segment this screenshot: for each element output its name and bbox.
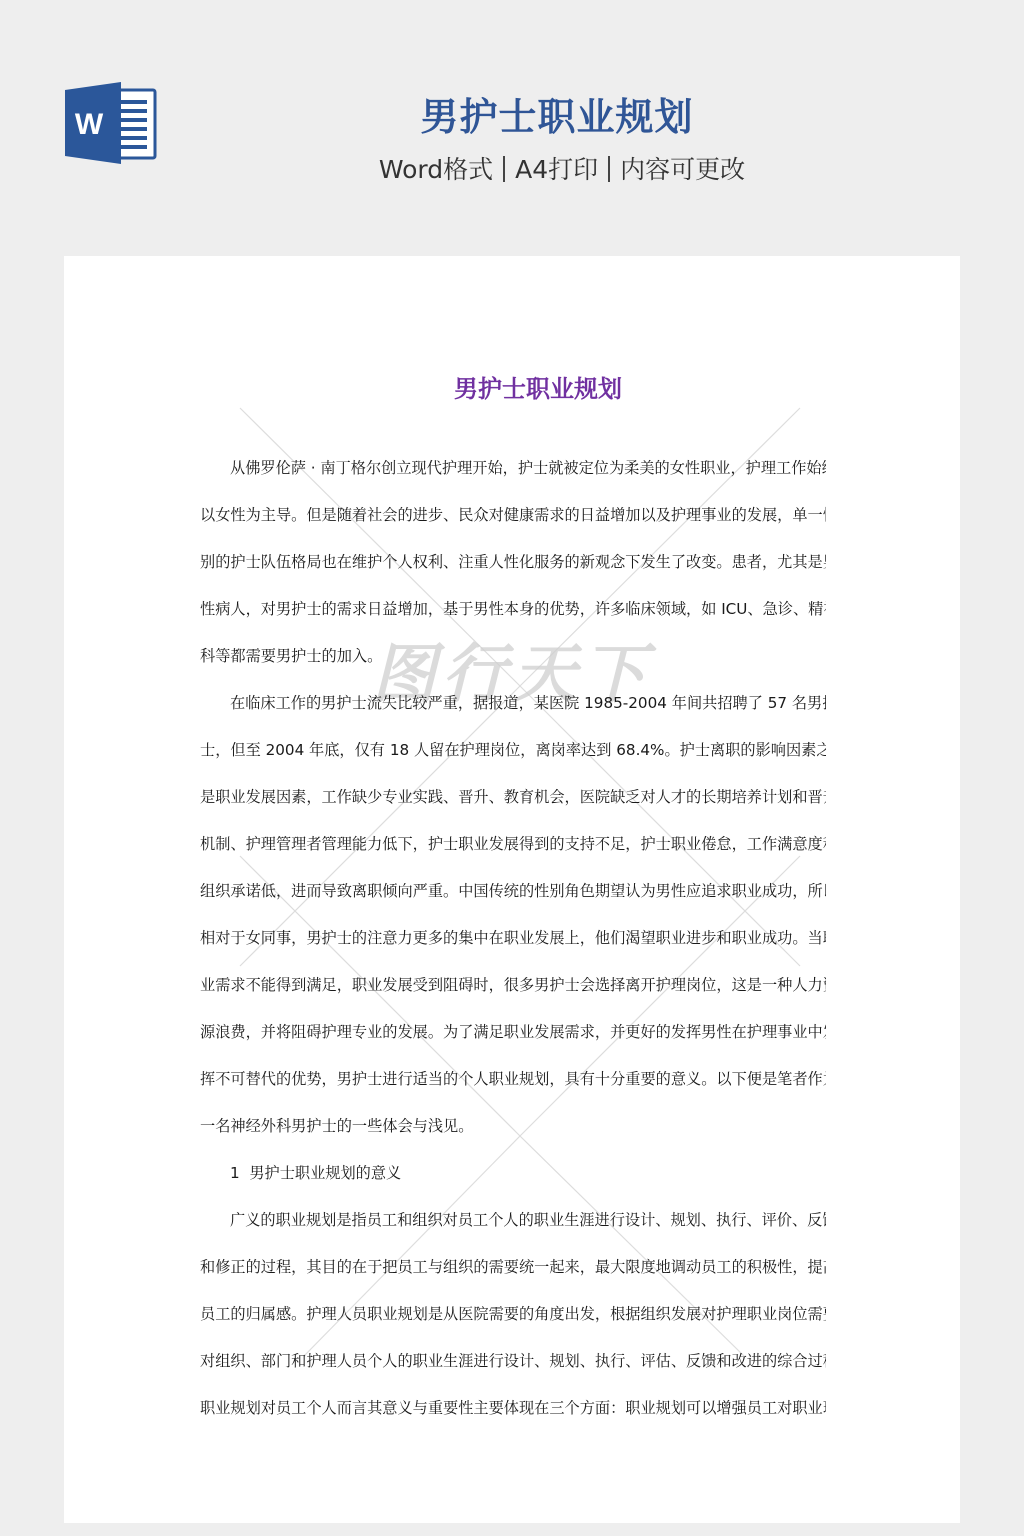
text-line: 对组织、部门和护理人员个人的职业生涯进行设计、规划、执行、评估、反馈和改进的综合… xyxy=(200,1338,826,1385)
paragraph-attrition: 在临床工作的男护士流失比较严重，据报道，某医院 1985-2004 年间共招聘了… xyxy=(200,680,826,1150)
document-title: 男护士职业规划 xyxy=(64,369,960,409)
document-page: 图行天下 男护士职业规划 从佛罗伦萨 · 南丁格尔创立现代护理开始，护士就被定位… xyxy=(64,256,960,1523)
subtitle-editable: 内容可更改 xyxy=(620,155,745,184)
heading-text: 1 男护士职业规划的意义 xyxy=(200,1150,826,1197)
text-line: 在临床工作的男护士流失比较严重，据报道，某医院 1985-2004 年间共招聘了… xyxy=(200,680,826,727)
text-line: 士，但至 2004 年底，仅有 18 人留在护理岗位，离岗率达到 68.4%。护… xyxy=(200,727,826,774)
paragraph-intro: 从佛罗伦萨 · 南丁格尔创立现代护理开始，护士就被定位为柔美的女性职业，护理工作… xyxy=(200,445,826,680)
text-line: 从佛罗伦萨 · 南丁格尔创立现代护理开始，护士就被定位为柔美的女性职业，护理工作… xyxy=(200,445,826,492)
text-line: 挥不可替代的优势，男护士进行适当的个人职业规划，具有十分重要的意义。以下便是笔者… xyxy=(200,1056,826,1103)
separator xyxy=(608,156,610,182)
text-line: 职业规划对员工个人而言其意义与重要性主要体现在三个方面：职业规划可以增强员工对职… xyxy=(200,1385,826,1432)
document-body: 从佛罗伦萨 · 南丁格尔创立现代护理开始，护士就被定位为柔美的女性职业，护理工作… xyxy=(200,445,826,1432)
subtitle-format: Word格式 xyxy=(379,155,493,184)
text-line: 一名神经外科男护士的一些体会与浅见。 xyxy=(200,1103,826,1150)
text-line: 组织承诺低，进而导致离职倾向严重。中国传统的性别角色期望认为男性应追求职业成功，… xyxy=(200,868,826,915)
text-line: 广义的职业规划是指员工和组织对员工个人的职业生涯进行设计、规划、执行、评价、反馈 xyxy=(200,1197,826,1244)
text-line: 是职业发展因素，工作缺少专业实践、晋升、教育机会，医院缺乏对人才的长期培养计划和… xyxy=(200,774,826,821)
text-line: 科等都需要男护士的加入。 xyxy=(200,633,826,680)
banner-header: W 男护士职业规划 Word格式A4打印内容可更改 xyxy=(0,0,1024,256)
text-line: 相对于女同事，男护士的注意力更多的集中在职业发展上，他们渴望职业进步和职业成功。… xyxy=(200,915,826,962)
text-line: 机制、护理管理者管理能力低下，护士职业发展得到的支持不足，护士职业倦怠，工作满意… xyxy=(200,821,826,868)
banner-title: 男护士职业规划 xyxy=(0,92,1024,142)
subtitle-print: A4打印 xyxy=(515,155,598,184)
text-line: 业需求不能得到满足，职业发展受到阻碍时，很多男护士会选择离开护理岗位，这是一种人… xyxy=(200,962,826,1009)
separator xyxy=(503,156,505,182)
section-heading: 1 男护士职业规划的意义 xyxy=(200,1150,826,1197)
paragraph-significance: 广义的职业规划是指员工和组织对员工个人的职业生涯进行设计、规划、执行、评价、反馈… xyxy=(200,1197,826,1432)
text-line: 和修正的过程，其目的在于把员工与组织的需要统一起来，最大限度地调动员工的积极性，… xyxy=(200,1244,826,1291)
text-line: 员工的归属感。护理人员职业规划是从医院需要的角度出发，根据组织发展对护理职业岗位… xyxy=(200,1291,826,1338)
text-line: 以女性为主导。但是随着社会的进步、民众对健康需求的日益增加以及护理事业的发展，单… xyxy=(200,492,826,539)
banner-subtitle: Word格式A4打印内容可更改 xyxy=(0,150,1024,190)
text-line: 源浪费，并将阻碍护理专业的发展。为了满足职业发展需求，并更好的发挥男性在护理事业… xyxy=(200,1009,826,1056)
text-line: 性病人，对男护士的需求日益增加，基于男性本身的优势，许多临床领域，如 ICU、急… xyxy=(200,586,826,633)
text-line: 别的护士队伍格局也在维护个人权利、注重人性化服务的新观念下发生了改变。患者，尤其… xyxy=(200,539,826,586)
